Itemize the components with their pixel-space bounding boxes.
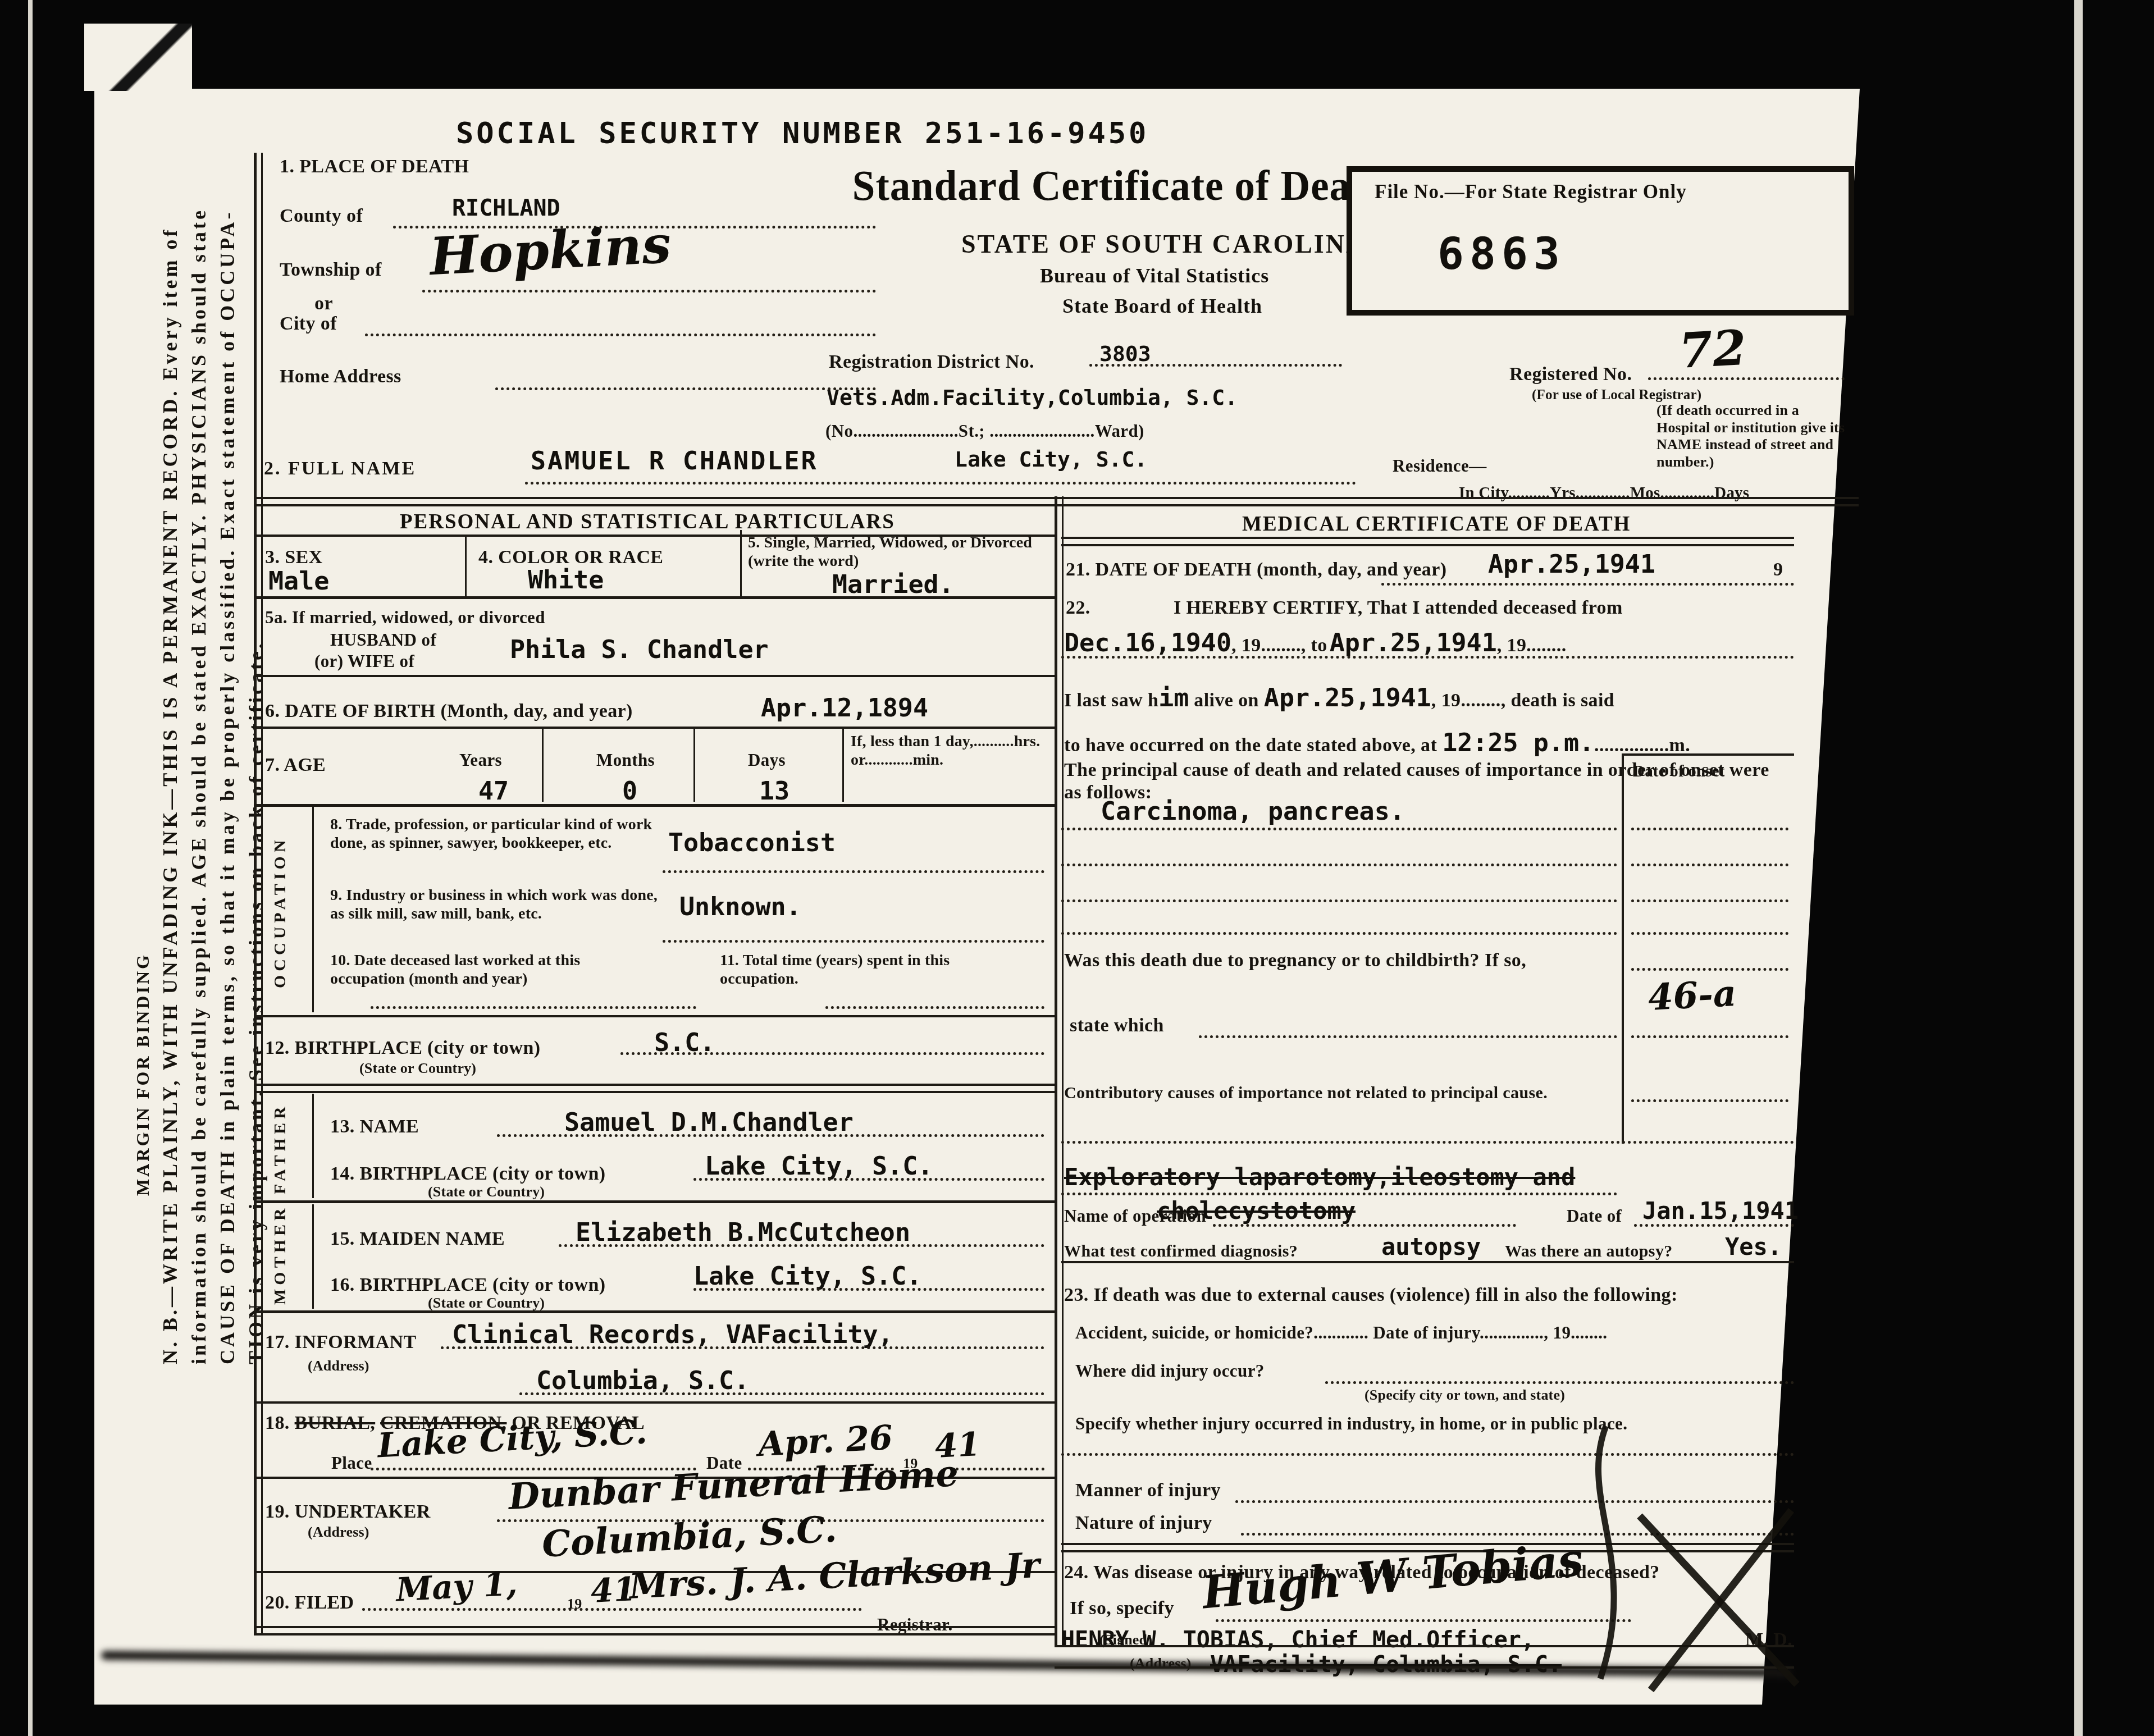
pen-flourish-stroke xyxy=(1598,1426,1614,1679)
days-value: 13 xyxy=(759,776,790,806)
item9-line xyxy=(663,940,1044,943)
pen-strokes xyxy=(1567,1415,1814,1696)
item19-address-label: (Address) xyxy=(308,1524,369,1541)
attended-dates-line: Dec.16,1940, 19........, to Apr.25,1941,… xyxy=(1064,628,1567,657)
item23-label: 23. If death was due to external causes … xyxy=(1064,1285,1678,1306)
attended-end: , 19........ xyxy=(1497,635,1567,656)
operation-line2-rule xyxy=(1213,1224,1516,1227)
item14-label: 14. BIRTHPLACE (city or town) xyxy=(330,1163,606,1185)
marital-value: Married. xyxy=(832,569,954,599)
bureau-line: Bureau of Vital Statistics xyxy=(1040,264,1269,287)
days-label: Days xyxy=(748,750,786,770)
item5a-bottom-rule xyxy=(254,675,1055,677)
county-value: RICHLAND xyxy=(452,195,560,221)
attended-from-value: Dec.16,1940 xyxy=(1064,628,1231,657)
item8-label: 8. Trade, profession, or particular kind… xyxy=(330,815,667,852)
ssn-line: SOCIAL SECURITY NUMBER 251-16-9450 xyxy=(456,117,1149,150)
spouse-value: Phila S. Chandler xyxy=(510,634,769,664)
operation-date-value: Jan.15,1941 xyxy=(1642,1197,1799,1225)
contributory-blank-line xyxy=(1061,1141,1794,1144)
cause-value: Carcinoma, pancreas. xyxy=(1101,796,1405,826)
father-side-rule xyxy=(312,1094,314,1198)
item1-label: 1. PLACE OF DEATH xyxy=(280,156,469,177)
item11-line xyxy=(825,1006,1044,1009)
years-value: 47 xyxy=(478,776,509,806)
county-label: County of xyxy=(280,205,363,227)
fullname-bottom-rule xyxy=(254,497,1859,506)
item19-label: 19. UNDERTAKER xyxy=(265,1501,431,1523)
item21-label: 21. DATE OF DEATH (month, day, and year) xyxy=(1066,559,1446,581)
husband-label: HUSBAND of xyxy=(330,630,436,650)
item10-line xyxy=(371,1006,696,1009)
occurred-1: to have occurred on the date stated abov… xyxy=(1064,735,1442,756)
form-left-border-inner xyxy=(261,153,263,1635)
medical-section-header: MEDICAL CERTIFICATE OF DEATH xyxy=(1242,512,1631,536)
age-label: 7. AGE xyxy=(265,755,326,776)
alive-value: Apr.25,1941 xyxy=(1264,683,1431,712)
item9-label: 9. Industry or business in which work wa… xyxy=(330,886,667,923)
item16-state-country: (State or Country) xyxy=(428,1295,545,1312)
item8-line xyxy=(663,870,1044,873)
onset-line-3 xyxy=(1631,899,1788,902)
where-injury-line xyxy=(1325,1381,1794,1384)
cause-line-2 xyxy=(1061,864,1617,866)
specify-city-label: (Specify city or town, and state) xyxy=(1364,1387,1565,1404)
home-address-label: Home Address xyxy=(280,366,401,387)
last-saw-2: alive on xyxy=(1189,690,1263,711)
item14-line xyxy=(693,1178,1044,1181)
left-bottom-rule xyxy=(254,1626,1055,1636)
onset-line-2 xyxy=(1631,864,1788,866)
item12-bottom-rule xyxy=(254,1084,1055,1093)
item12-state-country: (State or Country) xyxy=(359,1060,476,1077)
occurred-2: ...............m. xyxy=(1594,735,1690,756)
sex-value: Male xyxy=(268,566,329,596)
cause-line-4 xyxy=(1061,932,1617,935)
death-certificate-scan: MARGIN FOR BINDING N. B.—WRITE PLAINLY, … xyxy=(0,0,2154,1736)
last-saw-line: I last saw him alive on Apr.25,1941, 19.… xyxy=(1064,683,1614,712)
item21-value: Apr.25,1941 xyxy=(1488,549,1655,579)
contributory-label: Contributory causes of importance not re… xyxy=(1064,1084,1548,1103)
signed-value: HENRY W. TOBIAS, Chief Med.Officer, xyxy=(1061,1627,1535,1653)
local-registrar-note: (For use of Local Registrar) xyxy=(1532,387,1701,403)
file-box-label: File No.—For State Registrar Only xyxy=(1375,181,1687,203)
registration-district-label: Registration District No. xyxy=(829,351,1034,373)
facility-line: Vets.Adm.Facility,Columbia, S.C. xyxy=(827,385,1238,410)
item17-address-line xyxy=(519,1392,1044,1395)
onset-line-4 xyxy=(1631,932,1788,935)
onset-column-rule xyxy=(1622,753,1624,1144)
age-divider-2 xyxy=(693,729,695,802)
filed-date-value: May 1, xyxy=(395,1564,518,1609)
dob-value: Apr.12,1894 xyxy=(761,693,928,723)
dob-bottom-rule xyxy=(254,727,1055,729)
occurred-line: to have occurred on the date stated abov… xyxy=(1064,728,1690,757)
race-value: White xyxy=(528,565,604,595)
certify-line: I HEREBY CERTIFY, That I attended deceas… xyxy=(1174,597,1623,619)
cause-line-3 xyxy=(1061,899,1617,902)
father-bottom-rule xyxy=(254,1200,1055,1203)
item18-prefix: 18. xyxy=(265,1413,290,1433)
years-label: Years xyxy=(459,750,502,770)
registered-no-label: Registered No. xyxy=(1509,364,1632,385)
state-which-line xyxy=(1199,1035,1617,1038)
operation-struck-line2: cholecystotomy xyxy=(1157,1197,1356,1225)
item17-address-label: (Address) xyxy=(308,1358,369,1374)
last-saw-typed: im xyxy=(1158,683,1189,712)
filed-line xyxy=(362,1608,862,1611)
item15-value: Elizabeth B.McCutcheon xyxy=(576,1217,910,1247)
item15-line xyxy=(559,1244,1044,1247)
registered-no-value: 72 xyxy=(1677,319,1747,380)
sex-label: 3. SEX xyxy=(265,547,323,568)
pregnancy-label: Was this death due to pregnancy or to ch… xyxy=(1064,950,1526,971)
fullname-line xyxy=(525,482,1356,485)
operation-date-label: Date of xyxy=(1567,1206,1622,1226)
margin-binding-text: MARGIN FOR BINDING xyxy=(133,953,153,1196)
marital-label: 5. Single, Married, Widowed, or Divorced… xyxy=(748,533,1051,570)
operation-line1-rule xyxy=(1061,1193,1617,1195)
father-side-label: FATHER xyxy=(271,1102,290,1196)
state-line: STATE OF SOUTH CAROLINA xyxy=(961,229,1366,259)
township-label: Township of xyxy=(280,259,382,281)
onset-line-1 xyxy=(1631,828,1788,830)
onset-line-5 xyxy=(1631,968,1788,971)
residence-label: Residence— xyxy=(1393,456,1487,476)
item17-label: 17. INFORMANT xyxy=(265,1332,417,1353)
autopsy-value: Yes. xyxy=(1725,1233,1782,1260)
occupation-side-label: OCCUPATION xyxy=(271,820,290,1005)
personal-section-header: PERSONAL AND STATISTICAL PARTICULARS xyxy=(400,510,895,534)
board-line: State Board of Health xyxy=(1062,294,1262,318)
item20-label: 20. FILED xyxy=(265,1592,354,1614)
item10-label: 10. Date deceased last worked at this oc… xyxy=(330,951,645,988)
item16-label: 16. BIRTHPLACE (city or town) xyxy=(330,1274,606,1296)
scan-scratch-left xyxy=(28,0,33,1736)
test-label: What test confirmed diagnosis? xyxy=(1064,1242,1298,1261)
manner-label: Manner of injury xyxy=(1075,1480,1221,1501)
md-address-value: VAFacility, Columbia, S.C. xyxy=(1210,1652,1562,1678)
item13-value: Samuel D.M.Chandler xyxy=(564,1107,854,1137)
home-address-line xyxy=(495,387,876,390)
state-which-label: state which xyxy=(1070,1015,1164,1036)
lake-city-line: Lake City, S.C. xyxy=(955,447,1147,472)
burial-place-label: Place xyxy=(331,1453,372,1473)
accident-line: Accident, suicide, or homicide?.........… xyxy=(1075,1323,1607,1343)
item11-label: 11. Total time (years) spent in this occ… xyxy=(720,951,961,988)
item17-address-value: Columbia, S.C. xyxy=(536,1365,749,1395)
race-marital-divider xyxy=(740,530,742,596)
city-line xyxy=(365,334,876,336)
registered-no-line xyxy=(1648,377,1845,380)
test-value: autopsy xyxy=(1381,1233,1481,1260)
where-injury-label: Where did injury occur? xyxy=(1075,1361,1265,1381)
item12-label: 12. BIRTHPLACE (city or town) xyxy=(265,1038,541,1059)
township-value: Hopkins xyxy=(428,214,672,287)
item12-line xyxy=(620,1052,1044,1055)
item17-line xyxy=(441,1346,1044,1349)
item8-value: Tobacconist xyxy=(668,828,836,857)
row345-bottom-rule xyxy=(254,596,1055,599)
column-divider-outer xyxy=(1055,496,1057,1645)
item21-line xyxy=(1381,583,1794,586)
item16-line xyxy=(693,1288,1044,1291)
age-divider-3 xyxy=(842,729,844,802)
hospital-note: (If death occurred in a Hospital or inst… xyxy=(1656,402,1850,471)
mother-side-label: MOTHER xyxy=(271,1208,290,1305)
contributory-line xyxy=(1631,1099,1788,1102)
age-divider-1 xyxy=(542,729,544,802)
wife-label: (or) WIFE of xyxy=(314,651,414,671)
scan-scratch-right xyxy=(2074,0,2083,1736)
file-number-value: 6863 xyxy=(1437,229,1566,280)
occupation-side-rule xyxy=(312,807,314,1012)
mother-bottom-rule xyxy=(254,1310,1055,1313)
time-value: 12:25 p.m. xyxy=(1442,728,1594,757)
autopsy-label: Was there an autopsy? xyxy=(1505,1242,1673,1261)
last-saw-3: , 19........, death is said xyxy=(1431,690,1614,711)
certificate-title: Standard Certificate of Death xyxy=(852,162,1388,211)
no-st-ward-label: (No.......................St.; .........… xyxy=(825,421,1144,441)
item13-line xyxy=(497,1134,1044,1137)
if-so-label: If so, specify xyxy=(1070,1598,1174,1619)
operation-date-rule xyxy=(1634,1224,1794,1227)
months-value: 0 xyxy=(622,776,637,806)
form-left-border-outer xyxy=(254,153,257,1635)
item15-label: 15. MAIDEN NAME xyxy=(330,1228,505,1250)
nature-label: Nature of injury xyxy=(1075,1513,1212,1534)
margin-note-line2: information should be carefully supplied… xyxy=(187,208,211,1364)
or-label: or xyxy=(314,293,333,314)
item17-bottom-rule xyxy=(254,1401,1055,1404)
item21-after: 9 xyxy=(1773,559,1783,581)
test-bottom-rule xyxy=(1061,1261,1794,1263)
occupation-bottom-rule xyxy=(254,1015,1055,1017)
item13-label: 13. NAME xyxy=(330,1116,419,1137)
attended-to-value: Apr.25,1941 xyxy=(1330,628,1497,657)
x-mark-stroke-2 xyxy=(1651,1510,1791,1690)
less-than-label: If, less than 1 day,..........hrs. or...… xyxy=(851,732,1053,769)
onset-note-value: 46-a xyxy=(1647,972,1737,1019)
cause-line-1 xyxy=(1061,828,1617,830)
item14-state-country: (State or Country) xyxy=(428,1184,545,1200)
margin-note-line1: N. B.—WRITE PLAINLY, WITH UNFADING INK—T… xyxy=(158,227,182,1364)
onset-line-6 xyxy=(1631,1035,1788,1038)
registration-district-line xyxy=(1089,364,1342,367)
item9-value: Unknown. xyxy=(679,892,801,921)
item17-value: Clinical Records, VAFacility, xyxy=(452,1319,893,1349)
column-divider-inner xyxy=(1062,496,1064,1645)
item22-number: 22. xyxy=(1066,597,1090,619)
age-bottom-rule xyxy=(254,804,1055,807)
months-label: Months xyxy=(596,750,655,770)
last-saw-1: I last saw h xyxy=(1064,690,1158,711)
specify-whether-label: Specify whether injury occurred in indus… xyxy=(1075,1414,1627,1434)
medical-header-rule xyxy=(1061,537,1794,546)
attended-mid: , 19........, to xyxy=(1231,635,1327,656)
attended-dates-rule xyxy=(1061,656,1794,659)
onset-column-label: Date of onset xyxy=(1633,762,1725,781)
sex-race-divider xyxy=(465,537,467,596)
margin-note-line3: CAUSE OF DEATH in plain terms, so that i… xyxy=(216,209,239,1364)
township-line xyxy=(422,290,876,293)
page-corner-tab xyxy=(84,24,192,91)
md-address-label: (Address) xyxy=(1130,1655,1192,1672)
item18-burial-word: BURIAL, xyxy=(295,1413,376,1433)
fullname-label: 2. FULL NAME xyxy=(264,458,416,479)
item16-value: Lake City, S.C. xyxy=(693,1261,921,1291)
city-label: City of xyxy=(280,313,337,335)
fullname-value: SAMUEL R CHANDLER xyxy=(531,446,818,476)
registration-district-value: 3803 xyxy=(1099,341,1151,366)
onset-column-top-rule xyxy=(1622,753,1794,756)
item5a-label: 5a. If married, widowed, or divorced xyxy=(265,607,545,628)
operation-struck-line1: Exploratory laparotomy,ileostomy and xyxy=(1064,1163,1575,1191)
item14-value: Lake City, S.C. xyxy=(705,1151,933,1181)
mother-side-rule xyxy=(312,1204,314,1309)
burial-year-line xyxy=(956,1468,1044,1470)
dob-label: 6. DATE OF BIRTH (Month, day, and year) xyxy=(265,701,633,722)
